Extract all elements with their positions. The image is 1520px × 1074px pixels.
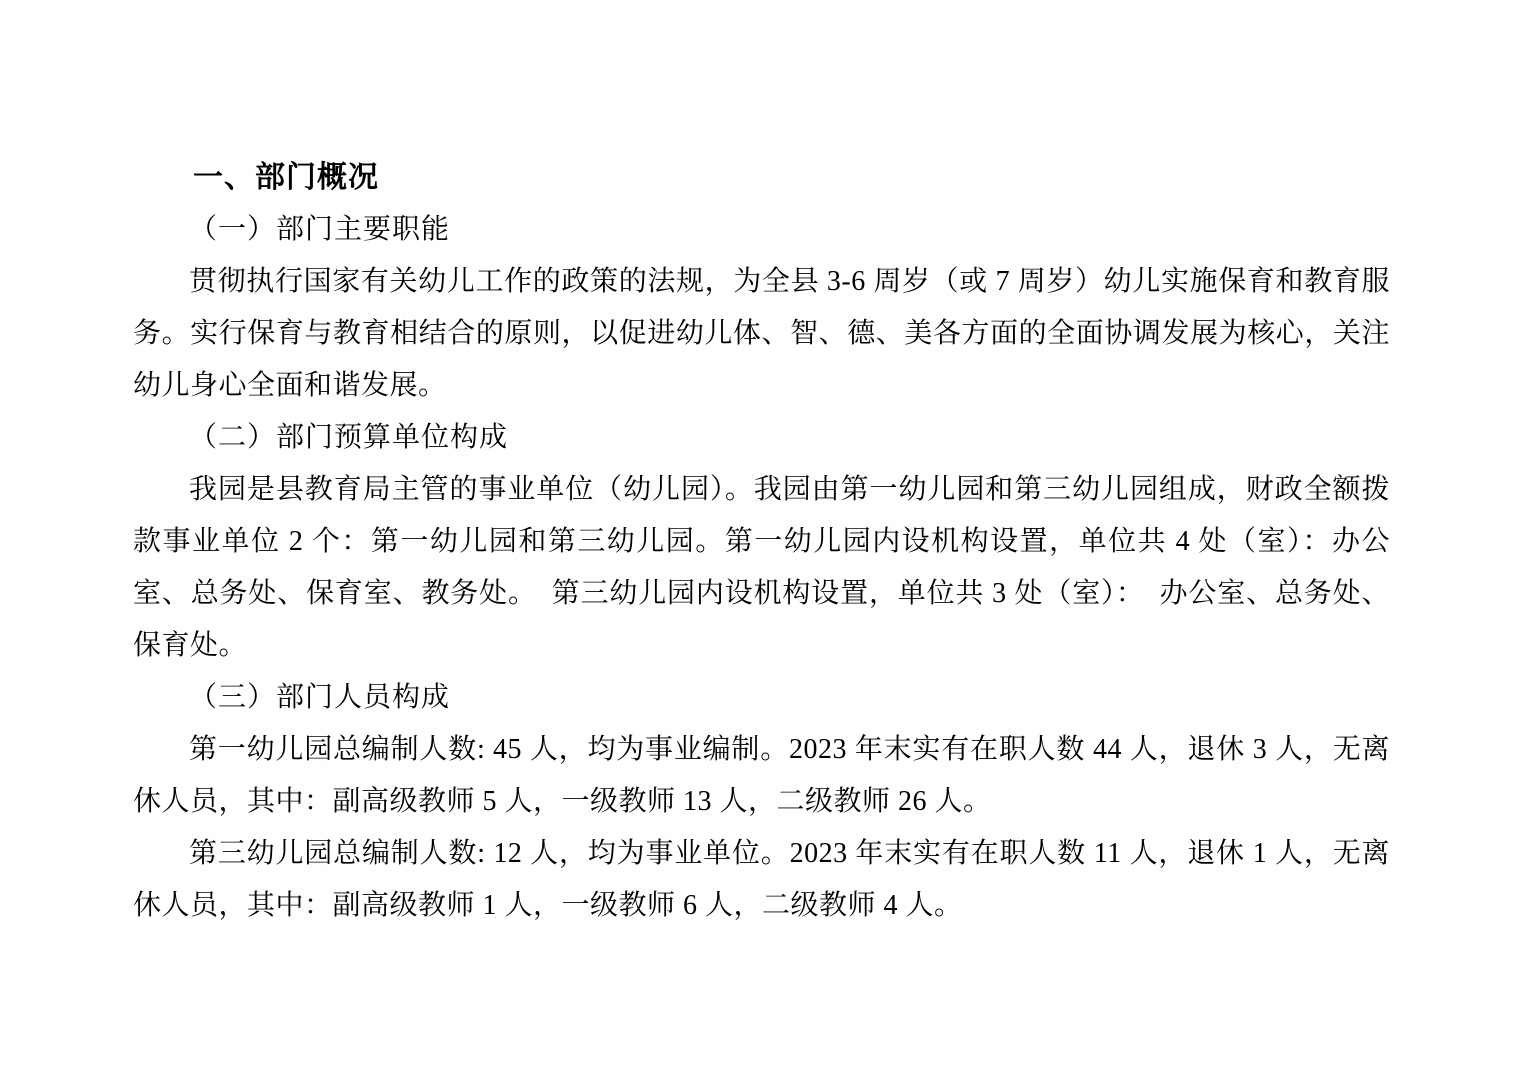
paragraph-main-functions: 贯彻执行国家有关幼儿工作的政策的法规，为全县 3-6 周岁（或 7 周岁）幼儿实… bbox=[133, 256, 1390, 412]
paragraph-budget-unit-composition: 我园是县教育局主管的事业单位（幼儿园）。我园由第一幼儿园和第三幼儿园组成，财政全… bbox=[133, 464, 1390, 672]
subsection-heading-budget-unit-composition: （二）部门预算单位构成 bbox=[133, 412, 1390, 464]
subsection-heading-main-functions: （一）部门主要职能 bbox=[133, 204, 1390, 256]
paragraph-personnel-kindergarten-3: 第三幼儿园总编制人数: 12 人，均为事业单位。2023 年末实有在职人数 11… bbox=[133, 828, 1390, 932]
document-body: 一、部门概况（一）部门主要职能贯彻执行国家有关幼儿工作的政策的法规，为全县 3-… bbox=[133, 152, 1390, 932]
section-heading-overview: 一、部门概况 bbox=[133, 152, 1390, 204]
subsection-heading-personnel-composition: （三）部门人员构成 bbox=[133, 672, 1390, 724]
paragraph-personnel-kindergarten-1: 第一幼儿园总编制人数: 45 人，均为事业编制。2023 年末实有在职人数 44… bbox=[133, 724, 1390, 828]
document-page: 一、部门概况（一）部门主要职能贯彻执行国家有关幼儿工作的政策的法规，为全县 3-… bbox=[0, 0, 1520, 1074]
